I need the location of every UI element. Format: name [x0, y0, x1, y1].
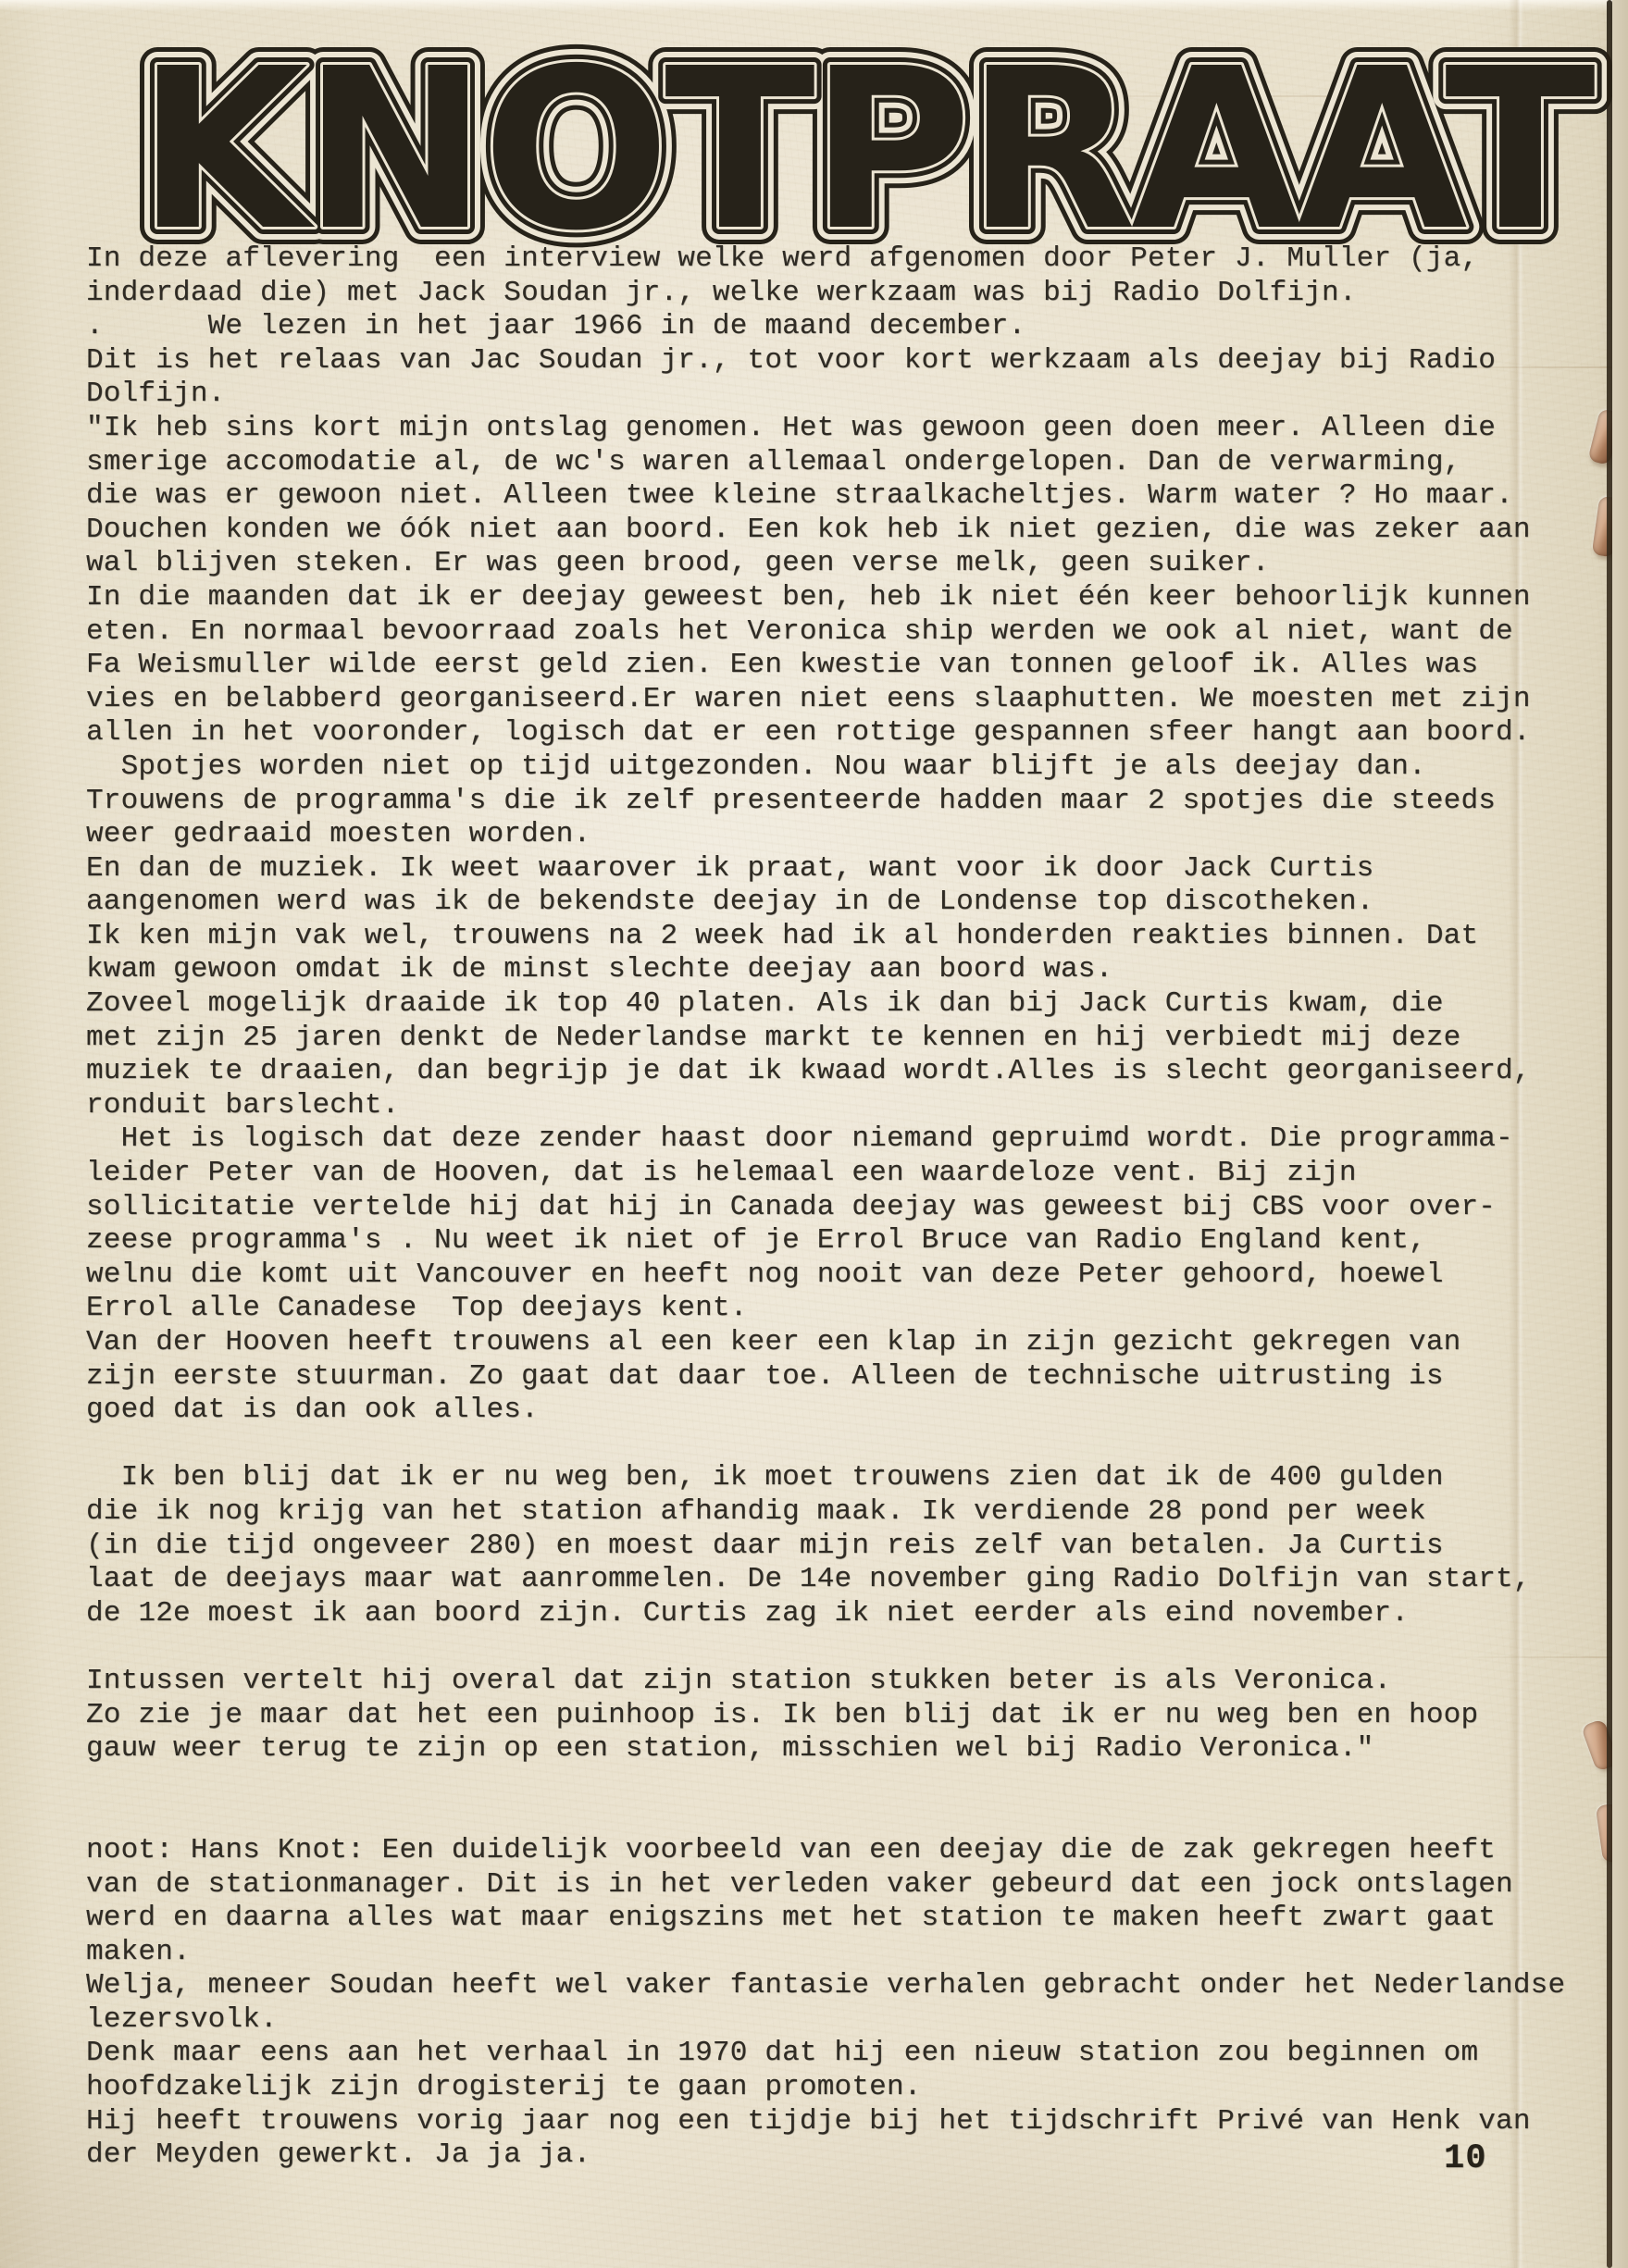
- text-line: hoofdzakelijk zijn drogisterij te gaan p…: [86, 2071, 1567, 2105]
- logo-text-layer: KNOTPRAAT: [137, 37, 1595, 259]
- page-number: 10: [1444, 2139, 1486, 2178]
- text-line: Welja, meneer Soudan heeft wel vaker fan…: [86, 1969, 1567, 2003]
- text-line: zeese programma's . Nu weet ik niet of j…: [86, 1224, 1567, 1258]
- text-line: welnu die komt uit Vancouver en heeft no…: [86, 1258, 1567, 1293]
- text-line: noot: Hans Knot: Een duidelijk voorbeeld…: [86, 1834, 1567, 1868]
- text-line: Spotjes worden niet op tijd uitgezonden.…: [86, 750, 1567, 785]
- text-line: [86, 1800, 1567, 1834]
- text-line: die was er gewoon niet. Alleen twee klei…: [86, 479, 1567, 514]
- text-line: Denk maar eens aan het verhaal in 1970 d…: [86, 2037, 1567, 2071]
- text-line: allen in het vooronder, logisch dat er e…: [86, 716, 1567, 750]
- text-line: sollicitatie vertelde hij dat hij in Can…: [86, 1191, 1567, 1225]
- text-line: Fa Weismuller wilde eerst geld zien. Een…: [86, 649, 1567, 683]
- text-line: goed dat is dan ook alles.: [86, 1394, 1567, 1428]
- text-line: eten. En normaal bevoorraad zoals het Ve…: [86, 615, 1567, 650]
- scanned-magazine-page: KNOTPRAAT KNOTPRAAT KNOTPRAAT KNOTPRAAT …: [0, 0, 1628, 2268]
- text-line: van de stationmanager. Dit is in het ver…: [86, 1868, 1567, 1902]
- text-line: lezersvolk.: [86, 2003, 1567, 2038]
- text-line: leider Peter van de Hooven, dat is helem…: [86, 1157, 1567, 1191]
- text-line: Ik ken mijn vak wel, trouwens na 2 week …: [86, 920, 1567, 954]
- text-line: Dit is het relaas van Jac Soudan jr., to…: [86, 344, 1567, 378]
- text-line: Intussen vertelt hij overal dat zijn sta…: [86, 1665, 1567, 1699]
- text-line: die ik nog krijg van het station afhandi…: [86, 1495, 1567, 1530]
- text-line: vies en belabberd georganiseerd.Er waren…: [86, 683, 1567, 717]
- text-line: Zoveel mogelijk draaide ik top 40 platen…: [86, 987, 1567, 1022]
- text-line: werd en daarna alles wat maar enigszins …: [86, 1902, 1567, 1936]
- text-line: ronduit barslecht.: [86, 1089, 1567, 1123]
- text-line: (in die tijd ongeveer 280) en moest daar…: [86, 1530, 1567, 1564]
- text-line: In die maanden dat ik er deejay geweest …: [86, 581, 1567, 615]
- text-line: de 12e moest ik aan boord zijn. Curtis z…: [86, 1597, 1567, 1631]
- text-line: zijn eerste stuurman. Zo gaat dat daar t…: [86, 1360, 1567, 1394]
- text-line: En dan de muziek. Ik weet waarover ik pr…: [86, 852, 1567, 886]
- text-line: Zo zie je maar dat het een puinhoop is. …: [86, 1699, 1567, 1733]
- text-line: Errol alle Canadese Top deejays kent.: [86, 1292, 1567, 1326]
- text-line: Ik ben blij dat ik er nu weg ben, ik moe…: [86, 1461, 1567, 1495]
- text-line: inderdaad die) met Jack Soudan jr., welk…: [86, 277, 1567, 311]
- text-line: Hij heeft trouwens vorig jaar nog een ti…: [86, 2105, 1567, 2139]
- scan-top-edge: [0, 0, 1628, 11]
- text-line: "Ik heb sins kort mijn ontslag genomen. …: [86, 412, 1567, 446]
- text-line: der Meyden gewerkt. Ja ja ja.: [86, 2138, 1567, 2173]
- text-line: maken.: [86, 1936, 1567, 1970]
- text-line: aangenomen werd was ik de bekendste deej…: [86, 886, 1567, 920]
- text-line: In deze aflevering een interview welke w…: [86, 242, 1567, 277]
- text-line: kwam gewoon omdat ik de minst slechte de…: [86, 953, 1567, 987]
- text-line: Dolfijn.: [86, 378, 1567, 412]
- knotpraat-logo: KNOTPRAAT KNOTPRAAT KNOTPRAAT KNOTPRAAT …: [109, 37, 1618, 259]
- text-line: gauw weer terug te zijn op een station, …: [86, 1732, 1567, 1766]
- text-line: met zijn 25 jaren denkt de Nederlandse m…: [86, 1022, 1567, 1056]
- text-line: [86, 1630, 1567, 1665]
- logo-svg: KNOTPRAAT KNOTPRAAT KNOTPRAAT KNOTPRAAT …: [109, 37, 1618, 259]
- text-line: . We lezen in het jaar 1966 in de maand …: [86, 310, 1567, 344]
- page-outer-edge: [1612, 0, 1628, 2268]
- text-line: laat de deejays maar wat aanrommelen. De…: [86, 1563, 1567, 1597]
- body-text: In deze aflevering een interview welke w…: [86, 242, 1567, 2173]
- text-line: [86, 1428, 1567, 1462]
- text-line: weer gedraaid moesten worden.: [86, 818, 1567, 852]
- text-line: Trouwens de programma's die ik zelf pres…: [86, 785, 1567, 819]
- text-line: Het is logisch dat deze zender haast doo…: [86, 1122, 1567, 1157]
- text-line: muziek te draaien, dan begrijp je dat ik…: [86, 1055, 1567, 1089]
- text-line: Douchen konden we óók niet aan boord. Ee…: [86, 514, 1567, 548]
- text-line: [86, 1766, 1567, 1801]
- text-line: wal blijven steken. Er was geen brood, g…: [86, 547, 1567, 581]
- text-line: smerige accomodatie al, de wc's waren al…: [86, 446, 1567, 480]
- text-line: Van der Hooven heeft trouwens al een kee…: [86, 1326, 1567, 1360]
